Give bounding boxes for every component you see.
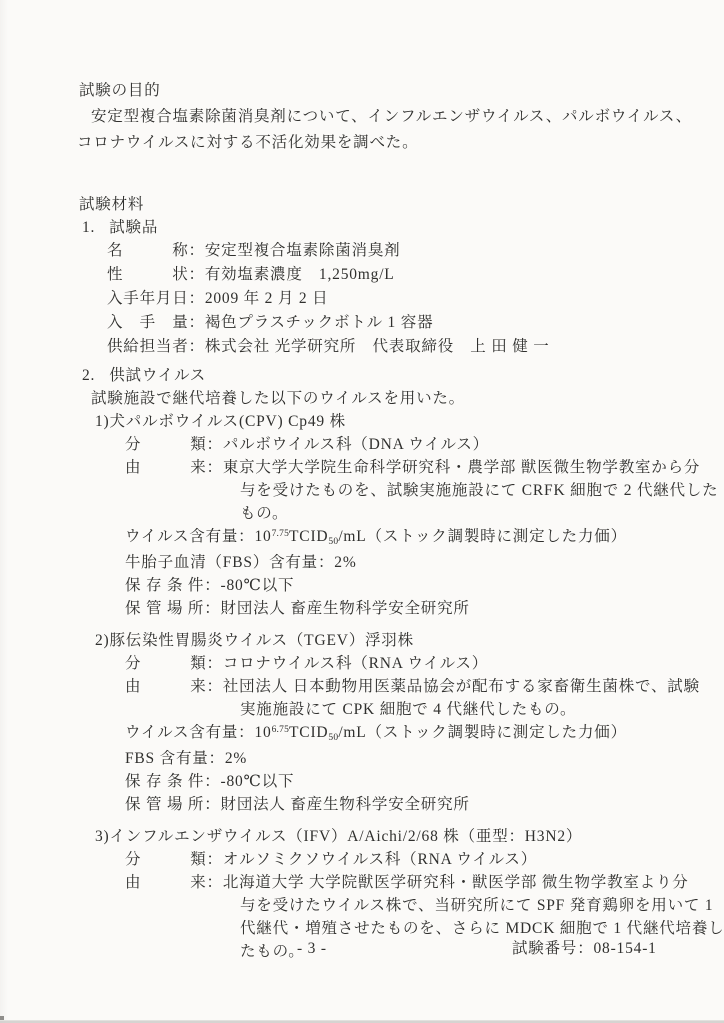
purpose-section: 試験の目的 安定型複合塩素除菌消臭剤について、インフルエンザウイルス、パルボウイ…: [77, 78, 674, 156]
spec-value: 安定型複合塩素除菌消臭剤: [205, 242, 401, 259]
spec-label: 性 状：: [107, 266, 205, 283]
virus-title: 2)豚伝染性胃腸炎ウイルス（TGEV）浮羽株: [95, 629, 674, 652]
storage-place-value: 財団法人 畜産生物科学安全研究所: [221, 796, 470, 813]
storage-condition-label: 保 存 条 件：: [125, 773, 221, 790]
virus-section-2: 2)豚伝染性胃腸炎ウイルス（TGEV）浮羽株 分 類：コロナウイルス科（RNA …: [77, 629, 674, 816]
virus-titer-row: ウイルス含有量：107.75TCID50/mL（ストック調製時に測定した力価）: [125, 525, 674, 551]
storage-place-value: 財団法人 畜産生物科学安全研究所: [221, 600, 470, 617]
class-value: パルボウイルス科（DNA ウイルス）: [223, 436, 489, 453]
titer-unit: TCID: [289, 528, 328, 545]
spec-label: 入手年月日：: [107, 290, 205, 307]
spec-value: 有効塩素濃度 1,250mg/L: [205, 266, 395, 283]
storage-condition-row: 保 存 条 件：-80℃以下: [125, 574, 674, 597]
spec-label: 供給担当者：: [107, 338, 205, 355]
origin-label: 由 来：: [125, 459, 223, 476]
item2-intro: 試験施設で継代培養した以下のウイルスを用いた。: [91, 387, 674, 410]
purpose-heading: 試験の目的: [79, 78, 674, 104]
virus-fbs-row: 牛胎子血清（FBS）含有量：2%: [125, 551, 674, 574]
origin-continuation-line: 与を受けたものを、試験実施施設にて CRFK 細胞で 2 代継代した: [240, 479, 674, 502]
class-label: 分 類：: [125, 436, 223, 453]
item2-title: 供試ウイルス: [109, 367, 206, 384]
materials-heading: 試験材料: [79, 193, 674, 216]
storage-place-row: 保 管 場 所：財団法人 畜産生物科学安全研究所: [125, 597, 674, 620]
materials-section: 試験材料 1.試験品 名 称：安定型複合塩素除菌消臭剤 性 状：有効塩素濃度 1…: [77, 193, 674, 963]
spec-row: 入 手 量：褐色プラスチックボトル 1 容器: [107, 311, 674, 335]
item1-title: 試験品: [109, 219, 158, 236]
class-value: コロナウイルス科（RNA ウイルス）: [223, 655, 488, 672]
virus-origin-row: 由 来：社団法人 日本動物用医薬品協会が配布する家畜衛生菌株で、試験: [125, 675, 674, 698]
virus-title: 1)犬パルボウイルス(CPV) Cp49 株: [95, 410, 674, 433]
origin-value: 社団法人 日本動物用医薬品協会が配布する家畜衛生菌株で、試験: [223, 678, 700, 695]
virus-origin-row: 由 来：東京大学大学院生命科学研究科・農学部 獣医微生物学教室から分: [125, 456, 674, 479]
titer-unit-sub: 50: [328, 537, 338, 547]
storage-condition-value: -80℃以下: [221, 577, 295, 594]
titer-unit-sub: 50: [328, 733, 338, 743]
item2-heading-row: 2.供試ウイルス: [82, 364, 674, 387]
origin-label: 由 来：: [125, 874, 223, 891]
titer-rest: /mL（ストック調製時に測定した力価）: [338, 528, 627, 545]
spec-value: 褐色プラスチックボトル 1 容器: [205, 314, 434, 331]
spec-row: 供給担当者：株式会社 光学研究所 代表取締役 上 田 健 一: [107, 335, 674, 359]
virus-origin-row: 由 来：北海道大学 大学院獣医学研究科・獣医学部 微生物学教室より分: [125, 871, 674, 894]
origin-continuation-line: もの。: [240, 502, 674, 525]
spec-value: 2009 年 2 月 2 日: [205, 290, 329, 307]
titer-label: ウイルス含有量：: [125, 724, 254, 741]
storage-place-label: 保 管 場 所：: [125, 600, 221, 617]
virus-fbs-row: FBS 含有量：2%: [125, 747, 674, 770]
origin-continuation-line: 与を受けたウイルス株で、当研究所にて SPF 発育鶏卵を用いて 1: [240, 894, 674, 917]
spec-label: 入 手 量：: [107, 314, 205, 331]
class-label: 分 類：: [125, 851, 223, 868]
item1-number: 1.: [82, 216, 95, 239]
titer-exponent: 7.75: [272, 529, 289, 539]
item1-heading-row: 1.試験品: [82, 216, 674, 239]
virus-class-row: 分 類：パルボウイルス科（DNA ウイルス）: [125, 433, 674, 456]
origin-value: 北海道大学 大学院獣医学研究科・獣医学部 微生物学教室より分: [223, 874, 689, 891]
spec-row: 性 状：有効塩素濃度 1,250mg/L: [107, 263, 674, 287]
titer-unit: TCID: [289, 724, 328, 741]
document-page: 試験の目的 安定型複合塩素除菌消臭剤について、インフルエンザウイルス、パルボウイ…: [0, 0, 724, 1023]
titer-rest: /mL（ストック調製時に測定した力価）: [338, 724, 627, 741]
footer-page-number: - 3 -: [297, 937, 327, 960]
storage-condition-row: 保 存 条 件：-80℃以下: [125, 770, 674, 793]
virus-section-1: 1)犬パルボウイルス(CPV) Cp49 株 分 類：パルボウイルス科（DNA …: [77, 410, 674, 620]
virus-class-row: 分 類：オルソミクソウイルス科（RNA ウイルス）: [125, 848, 674, 871]
item2-number: 2.: [82, 364, 95, 387]
footer-test-number: 試験番号：08-154-1: [512, 937, 657, 960]
virus-titer-row: ウイルス含有量：106.75TCID50/mL（ストック調製時に測定した力価）: [125, 721, 674, 747]
titer-exponent: 6.75: [272, 725, 289, 735]
spec-value: 株式会社 光学研究所 代表取締役 上 田 健 一: [205, 338, 550, 355]
storage-condition-label: 保 存 条 件：: [125, 577, 221, 594]
spec-row: 名 称：安定型複合塩素除菌消臭剤: [107, 239, 674, 263]
storage-place-row: 保 管 場 所：財団法人 畜産生物科学安全研究所: [125, 793, 674, 816]
origin-label: 由 来：: [125, 678, 223, 695]
virus-title: 3)インフルエンザウイルス（IFV）A/Aichi/2/68 株（亜型：H3N2…: [95, 825, 674, 848]
titer-base: 10: [254, 528, 271, 545]
scan-speck: [0, 1016, 4, 1020]
class-value: オルソミクソウイルス科（RNA ウイルス）: [223, 851, 537, 868]
class-label: 分 類：: [125, 655, 223, 672]
origin-value: 東京大学大学院生命科学研究科・農学部 獣医微生物学教室から分: [223, 459, 700, 476]
titer-base: 10: [254, 724, 271, 741]
origin-continuation-line: 実施施設にて CPK 細胞で 4 代継代したもの。: [240, 698, 674, 721]
purpose-line: コロナウイルスに対する不活化効果を調べた。: [77, 130, 674, 156]
spec-row: 入手年月日：2009 年 2 月 2 日: [107, 287, 674, 311]
virus-class-row: 分 類：コロナウイルス科（RNA ウイルス）: [125, 652, 674, 675]
storage-condition-value: -80℃以下: [221, 773, 295, 790]
spec-label: 名 称：: [107, 242, 205, 259]
purpose-line: 安定型複合塩素除菌消臭剤について、インフルエンザウイルス、パルボウイルス、: [91, 104, 674, 130]
storage-place-label: 保 管 場 所：: [125, 796, 221, 813]
titer-label: ウイルス含有量：: [125, 528, 254, 545]
